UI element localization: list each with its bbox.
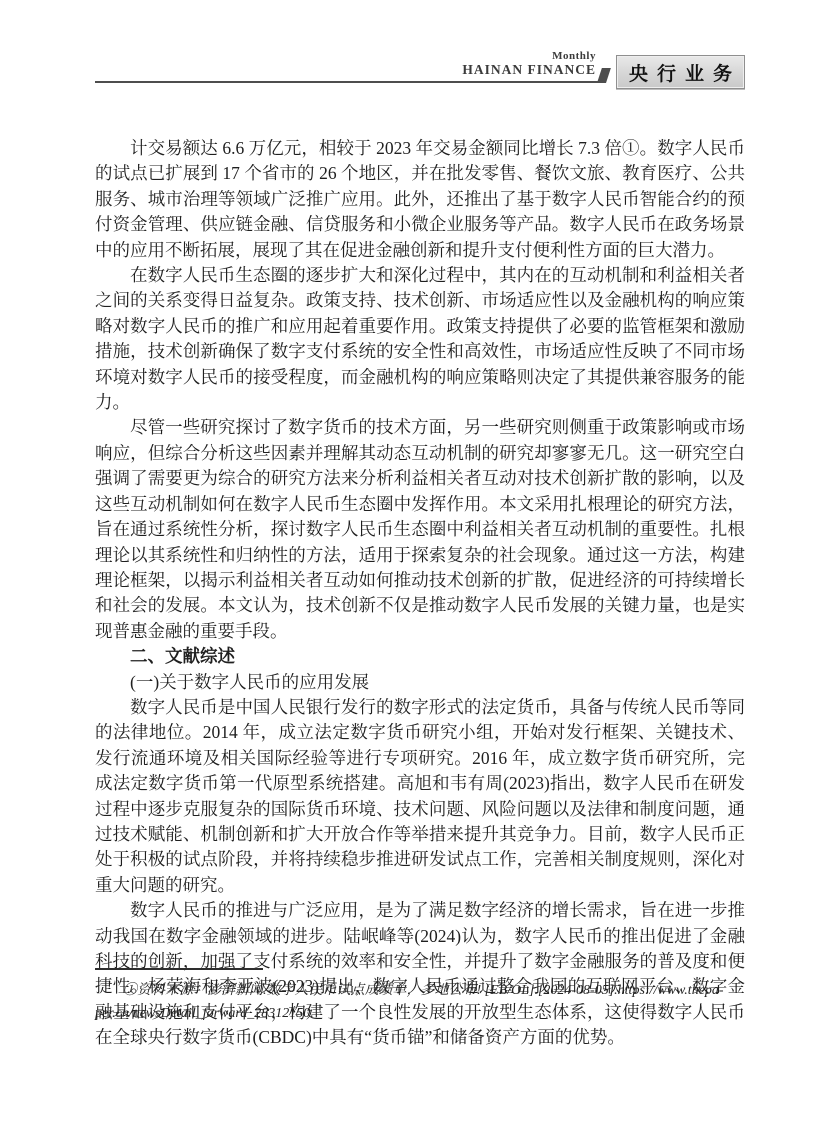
paragraph-research-gap: 尽管一些研究探讨了数字货币的技术方面，另一些研究则侧重于政策影响或市场响应，但综… [95, 415, 745, 644]
article-body: 计交易额达 6.6 万亿元，相较于 2023 年交易金额同比增长 7.3 倍①。… [95, 136, 745, 1051]
paragraph-pilot-statistics: 计交易额达 6.6 万亿元，相较于 2023 年交易金额同比增长 7.3 倍①。… [95, 136, 745, 263]
paragraph-ecny-overview: 数字人民币是中国人民银行发行的数字形式的法定货币，具备与传统人民币等同的法律地位… [95, 695, 745, 898]
heading-literature-review: 二、文献综述 [95, 644, 745, 669]
footnote-line-2: per.cn/newsDetail_forward_28312150. [95, 1002, 745, 1025]
journal-page: Monthly HAINAN FINANCE 央行业务 计交易额达 6.6 万亿… [0, 0, 826, 1122]
footnote-divider [95, 968, 263, 970]
footnote: ①资料来源：澎湃新闻.数字人民币试点成绩单，多地公布! [EB/OL].[202… [95, 968, 745, 1025]
journal-frequency-label: Monthly [95, 50, 596, 62]
section-badge: 央行业务 [616, 55, 745, 89]
journal-title: HAINAN FINANCE [95, 62, 596, 78]
header-rule-wedge [597, 68, 611, 83]
paragraph-ecosystem-interaction: 在数字人民币生态圈的逐步扩大和深化过程中，其内在的互动机制和利益相关者之间的关系… [95, 263, 745, 415]
subheading-application-development: (一)关于数字人民币的应用发展 [95, 670, 745, 695]
footnote-line-1: ①资料来源：澎湃新闻.数字人民币试点成绩单，多地公布! [EB/OL].[202… [95, 979, 745, 1002]
page-header: Monthly HAINAN FINANCE 央行业务 [95, 50, 745, 83]
journal-masthead: Monthly HAINAN FINANCE [95, 50, 599, 83]
